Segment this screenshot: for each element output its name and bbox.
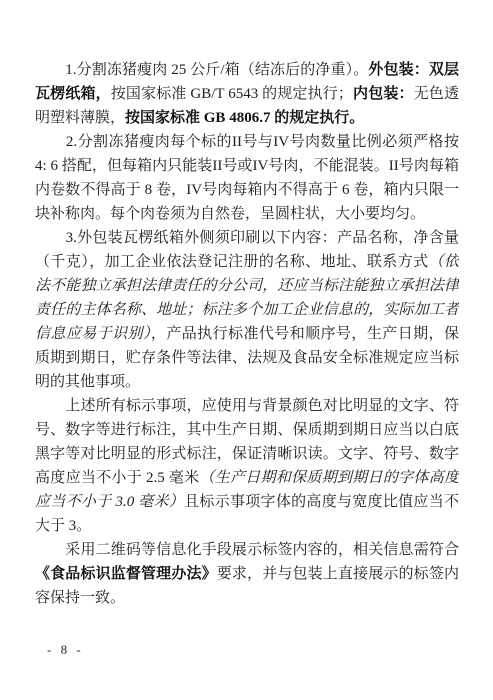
text-segment-normal: 要求，并与包装上直接展示的标签内	[217, 566, 459, 582]
text-segment-normal: 高度应当不小于 2.5 毫米	[35, 470, 199, 486]
text-line: 1.分割冻猪瘦肉 25 公斤/箱（结冻后的净重）。外包装：双层	[35, 58, 459, 82]
text-line: 4: 6 搭配，但每箱内只能装II号或IV号肉，不能混装。II号肉每箱	[35, 154, 459, 178]
text-line: 大于 3。	[35, 514, 459, 538]
text-segment-normal: 黑字等对比明显的形式标注，保证清晰识读。文字、符号、数字	[35, 446, 459, 462]
text-segment-normal: 按国家标准 GB/T 6543 的规定执行；	[111, 86, 353, 102]
text-segment-kaiti: 信息应易于识别）	[35, 326, 151, 342]
text-line: 黑字等对比明显的形式标注，保证清晰识读。文字、符号、数字	[35, 442, 459, 466]
text-line: 明塑料薄膜，按国家标准 GB 4806.7 的规定执行。	[35, 106, 459, 130]
text-segment-kaiti: 法不能独立承担法律责任的分公司，还应当标注能独立承担法律	[35, 278, 459, 294]
text-segment-kaiti: （生产日期和保质期到期日的字体高度	[199, 470, 459, 486]
text-line: 信息应易于识别），产品执行标准代号和顺序号，生产日期，保	[35, 322, 459, 346]
page-number: - 8 -	[47, 642, 84, 658]
text-segment-normal: 内卷数不得高于 8 卷，IV号肉每箱内不得高于 6 卷，箱内只限一	[35, 182, 459, 198]
text-line: 块补称肉。每个肉卷须为自然卷，呈圆柱状，大小要均匀。	[35, 202, 459, 226]
text-segment-bold: 瓦楞纸箱，	[35, 86, 111, 102]
text-line: 高度应当不小于 2.5 毫米（生产日期和保质期到期日的字体高度	[35, 466, 459, 490]
text-segment-kaiti: 应当不小于 3.0 毫米）	[35, 494, 184, 510]
text-line: 号、数字等进行标注，其中生产日期、保质期到期日应当以白底	[35, 418, 459, 442]
text-line: 明的其他事项。	[35, 370, 459, 394]
text-segment-normal: 1.分割冻猪瘦肉 25 公斤/箱（结冻后的净重）。	[35, 62, 368, 78]
text-segment-normal: 质期到期日，贮存条件等法律、法规及食品安全标准规定应当标	[35, 350, 459, 366]
text-line: 上述所有标示事项，应使用与背景颜色对比明显的文字、符	[35, 394, 459, 418]
text-segment-normal: 号、数字等进行标注，其中生产日期、保质期到期日应当以白底	[35, 422, 459, 438]
text-segment-normal: 4: 6 搭配，但每箱内只能装II号或IV号肉，不能混装。II号肉每箱	[35, 158, 459, 174]
text-segment-normal: 且标示事项字体的高度与宽度比值应当不	[184, 494, 459, 510]
text-segment-normal: 大于 3。	[35, 518, 91, 534]
text-line: 内卷数不得高于 8 卷，IV号肉每箱内不得高于 6 卷，箱内只限一	[35, 178, 459, 202]
text-line: 3.外包装瓦楞纸箱外侧须印刷以下内容：产品名称，净含量	[35, 226, 459, 250]
text-line: 采用二维码等信息化手段展示标签内容的，相关信息需符合	[35, 538, 459, 562]
text-line: 2.分割冻猪瘦肉每个标的II号与IV号肉数量比例必须严格按	[35, 130, 459, 154]
text-segment-normal: 容保持一致。	[35, 590, 125, 606]
text-segment-bold: 内包装：	[353, 86, 414, 102]
document-text: 1.分割冻猪瘦肉 25 公斤/箱（结冻后的净重）。外包装：双层瓦楞纸箱，按国家标…	[35, 58, 459, 610]
text-line: 《食品标识监督管理办法》要求，并与包装上直接展示的标签内	[35, 562, 459, 586]
text-segment-kaiti: 责任的主体名称、地址；标注多个加工企业信息的，实际加工者	[35, 302, 459, 318]
text-segment-normal: （千克），加工企业依法登记注册的名称、地址、联系方式	[35, 254, 429, 270]
text-segment-kaiti: （依	[429, 254, 459, 270]
text-segment-normal: 2.分割冻猪瘦肉每个标的II号与IV号肉数量比例必须严格按	[35, 134, 459, 150]
text-line: 责任的主体名称、地址；标注多个加工企业信息的，实际加工者	[35, 298, 459, 322]
text-segment-normal: 明塑料薄膜，	[35, 110, 125, 126]
text-line: 质期到期日，贮存条件等法律、法规及食品安全标准规定应当标	[35, 346, 459, 370]
text-line: （千克），加工企业依法登记注册的名称、地址、联系方式（依	[35, 250, 459, 274]
document-page: 1.分割冻猪瘦肉 25 公斤/箱（结冻后的净重）。外包装：双层瓦楞纸箱，按国家标…	[0, 0, 493, 700]
text-segment-normal: 采用二维码等信息化手段展示标签内容的，相关信息需符合	[35, 542, 459, 558]
text-segment-normal: 3.外包装瓦楞纸箱外侧须印刷以下内容：产品名称，净含量	[35, 230, 459, 246]
text-line: 容保持一致。	[35, 586, 459, 610]
text-line: 法不能独立承担法律责任的分公司，还应当标注能独立承担法律	[35, 274, 459, 298]
text-segment-bold: 外包装：双层	[368, 62, 459, 78]
text-line: 瓦楞纸箱，按国家标准 GB/T 6543 的规定执行；内包装：无色透	[35, 82, 459, 106]
text-segment-normal: 无色透	[414, 86, 459, 102]
text-segment-normal: ，产品执行标准代号和顺序号，生产日期，保	[151, 326, 459, 342]
text-segment-bold: 《食品标识监督管理办法》	[35, 566, 217, 582]
text-segment-normal: 明的其他事项。	[35, 374, 140, 390]
text-segment-normal: 上述所有标示事项，应使用与背景颜色对比明显的文字、符	[35, 398, 459, 414]
text-line: 应当不小于 3.0 毫米）且标示事项字体的高度与宽度比值应当不	[35, 490, 459, 514]
text-segment-normal: 块补称肉。每个肉卷须为自然卷，呈圆柱状，大小要均匀。	[35, 206, 425, 222]
text-segment-bold: 按国家标准 GB 4806.7 的规定执行。	[125, 110, 364, 126]
